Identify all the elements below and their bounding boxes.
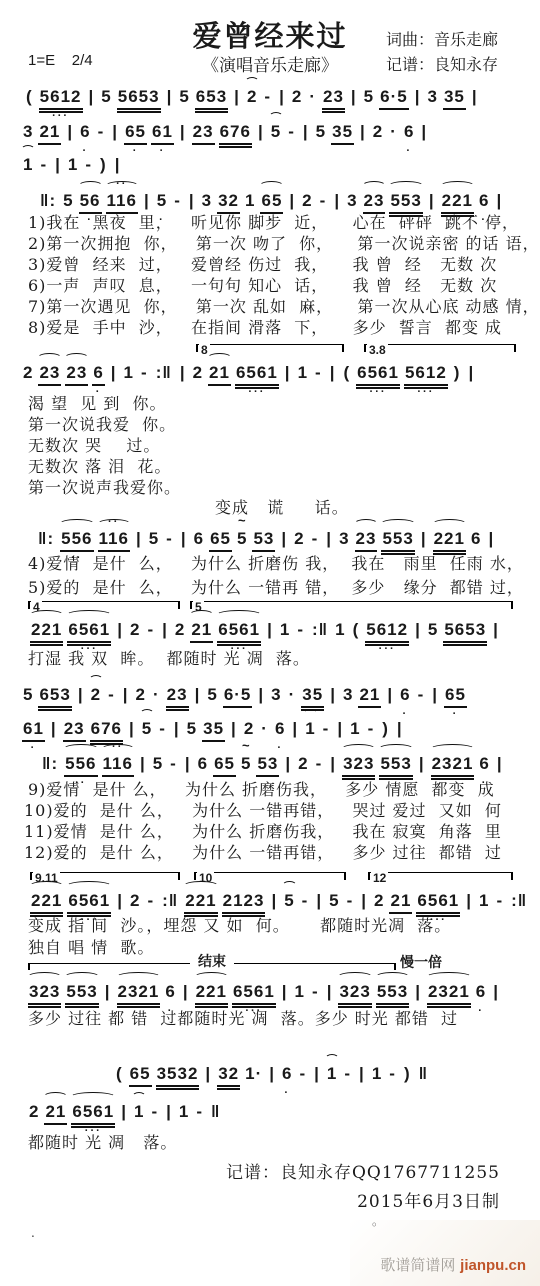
lyric-line: 第一次说我爱 你。 — [28, 414, 176, 435]
lyric-line: 4)爱情 是什 么， 为什么 折磨伤 我， 我在 雨里 任雨 水， — [28, 553, 524, 574]
music-line-interlude-2: 61·|23676|5-|535|2·6·|1-|1-)| — [20, 718, 407, 745]
music-line-intro-2: 321|6·-|65·61·|23676|5-|535|2·6·| — [20, 121, 431, 148]
lyric-line: 变成 指 间 沙。，埋怨 又 如 何。 都随时光凋 落。 — [28, 915, 451, 936]
lyric-line: 打湿 我 双 眸。 都随时 光 凋 落。 — [28, 648, 310, 669]
lyric-line: 8)爱是 手中 沙， 在指间 滑落 下， 多少 誓言 都变 成 — [28, 317, 502, 338]
watermark-site-name: 歌谱简谱网 — [380, 1256, 460, 1274]
watermark-link[interactable]: jianpu.cn — [460, 1257, 526, 1274]
music-line-interlude-1: 5653|2-|2·23|56·5|3·35|321|6·-|65· — [20, 684, 469, 711]
watermark: 歌谱简谱网 jianpu.cn — [0, 1254, 526, 1275]
volta-label: 3.8 — [367, 344, 388, 356]
music-line-verse1-end: 223236·|1-:‖|2216561···|1-|(6561···5612·… — [20, 362, 478, 389]
ending-label: 结束 — [28, 955, 396, 969]
footer-date: 2015年6月3日制 — [357, 1187, 500, 1212]
lyric-line: 12)爱的 是什 么， 为什么 一错再错， 多少 过往 都错 过 — [24, 842, 502, 863]
music-line-coda-2: 2216561···|1-|1-‖ — [26, 1101, 225, 1128]
lyric-line: 3)爱曾 经来 过， 爱曾经 伤过 我， 我 曾 经 无数 次 — [28, 254, 497, 275]
lyric-line: 渴 望 见 到 你。 — [28, 393, 167, 414]
music-line-ending: 323553|23216·|2216561···|1-|323553|23216… — [26, 981, 503, 1008]
music-line-intro-3: 1-|1-)| — [20, 154, 124, 176]
music-line-coda-1: (653532|321·|6·-|1-|1-)‖ — [112, 1063, 432, 1090]
lyric-line: 都随时 光 凋 落。 — [28, 1132, 177, 1153]
volta-bracket-10: 10 — [194, 872, 346, 882]
music-line-verse2-end: 2216561···|2-|2216561···|1-:‖1(5612···|5… — [28, 619, 503, 646]
slow-tempo-label: 慢一倍 — [400, 952, 442, 972]
lyric-line: 无数次 哭 过。 — [28, 435, 160, 456]
lyric-line: 1)我在 黑夜 里， 听见你 脚步 近， 心在 砰砰 跳不 停， — [28, 212, 519, 233]
volta-label: 8 — [199, 344, 210, 356]
corner-tint — [350, 1220, 540, 1286]
lyric-line: 5)爱的 是什 么， 为什么 一错再 错， 多少 缘分 都错 过， — [28, 577, 524, 598]
stray-dot: . — [31, 1226, 35, 1240]
lyric-line: 9)爱情 是什 么， 为什么 折磨伤我， 多少 情愿 都变 成 — [28, 779, 495, 800]
lyric-line: 10)爱的 是什 么， 为什么 一错再错， 哭过 爱过 又如 何 — [24, 800, 502, 821]
lyric-line: 7)第一次遇见 你， 第一次 乱如 麻， 第一次从心底 动感 情， — [28, 296, 540, 317]
lyric-line: 11)爱情 是什 么， 为什么 折磨伤我， 我在 寂寞 角落 里 — [24, 821, 502, 842]
volta-bracket-12: 12 — [368, 872, 513, 882]
credit-words-music: 词曲：音乐走廊 — [386, 27, 498, 50]
music-line-verse3-end: 2216561···|2-:‖2212123|5-|5-|2216561···|… — [28, 890, 531, 917]
lyric-line: 6)一声 声叹 息， 一句句 知心 话， 我 曾 经 无数 次 — [28, 275, 497, 296]
music-line-verse2: ‖:556····116|5-|665~553|2-|323553|2216·| — [34, 528, 498, 555]
lyric-line: 2)第一次拥抱 你， 第一次 吻了 你， 第一次说亲密 的话 语， — [28, 233, 540, 254]
ending-bracket: 结束 — [28, 963, 396, 972]
lyric-line: 无数次 落 泪 花。 — [28, 456, 171, 477]
music-line-intro-1: (5612···|55653|5653|2-|2·23|56·5|335| — [22, 86, 482, 113]
lyric-line: 多少 过往 都 错 过都随时光 凋 落。多少 时光 都错 过 — [28, 1008, 458, 1029]
volta-label: 12 — [371, 872, 388, 884]
footer-notation-credit: 记谱：良知永存QQ1767711255 — [226, 1158, 500, 1183]
credit-notation: 记谱：良知永存 — [386, 52, 498, 75]
music-line-verse3: ‖:556····116|5-|665~553|2-|323553|23216·… — [38, 753, 507, 780]
lyric-line: 第一次说声我爱你。 — [28, 477, 181, 498]
volta-bracket-3-8: 3.8 — [364, 344, 516, 354]
